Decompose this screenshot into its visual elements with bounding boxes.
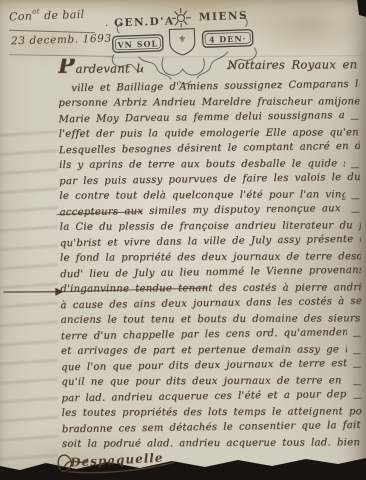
stamp-gap [143,58,227,80]
manuscript-body: Pardevant les Nottaires Royaux en la vil… [58,56,363,453]
opening-left-text: Pardevant les [58,58,143,80]
stamp-arc-left-text: GEN.D'A [114,15,175,29]
stamp-arc-right-text: MIENS [199,10,249,24]
fleur-de-lis-icon: ⚜ [178,35,186,45]
opening-line: Pardevant les Nottaires Royaux en la [58,57,359,81]
stamp-cartouche-left: VN SOL [113,35,164,53]
opening-right-text: Nottaires Royaux en la [227,57,359,80]
signature-text: Despaquelle [69,451,164,470]
svg-text:4 DEN·: 4 DEN· [209,33,247,44]
svg-text:VN SOL: VN SOL [116,38,158,49]
signature-block: Despaquelle [51,439,187,478]
stamp-shield: ⚜ [169,29,195,56]
stamp-cartouche-right: 4 DEN· [202,30,253,48]
margin-arrow-icon [3,285,63,297]
